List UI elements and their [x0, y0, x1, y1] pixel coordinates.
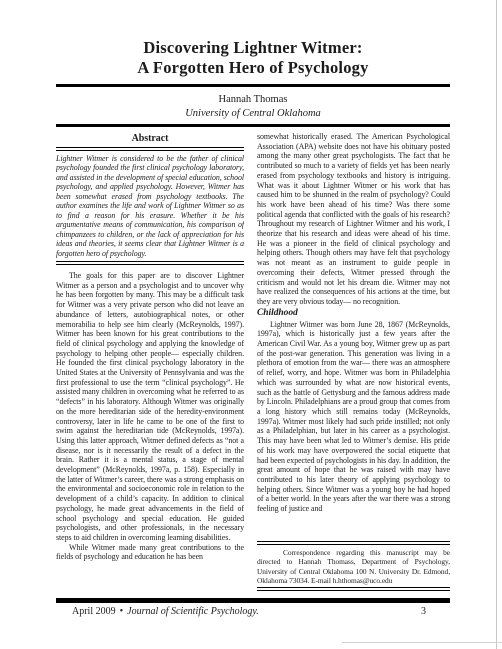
correspondence-footnote-block: Correspondence regarding this manuscript… [257, 539, 450, 594]
journal-page: Discovering Lightner Witmer: A Forgotten… [0, 0, 502, 649]
page-footer: April 2009•Journal of Scientific Psychol… [56, 598, 450, 618]
footer-bar-rule [56, 598, 450, 603]
section-heading-childhood: Childhood [257, 308, 450, 319]
author-name: Hannah Thomas [56, 94, 450, 106]
footer-journal-title: Journal of Scientific Psychology. [127, 606, 259, 617]
article-title: Discovering Lightner Witmer: A Forgotten… [56, 38, 450, 78]
footnote-top-rule [257, 541, 450, 545]
body-paragraph: While Witmer made many great contributio… [56, 543, 244, 562]
left-column: Abstract Lightner Witmer is considered t… [56, 132, 244, 594]
footer-bullet-separator: • [120, 606, 124, 617]
title-divider-rule [56, 84, 450, 87]
scan-edge-artifact-bottom [342, 642, 502, 643]
right-column: somewhat historically erased. The Americ… [257, 132, 450, 594]
abstract-bottom-rule [56, 261, 244, 265]
footer-issue-date: April 2009 [72, 606, 116, 617]
byline-divider-rule [56, 124, 450, 127]
correspondence-footnote: Correspondence regarding this manuscript… [257, 548, 450, 585]
article-title-line1: Discovering Lightner Witmer: [56, 38, 450, 58]
abstract-text: Lightner Witmer is considered to be the … [56, 154, 244, 258]
two-column-body: Abstract Lightner Witmer is considered t… [56, 132, 450, 594]
footer-issue-journal: April 2009•Journal of Scientific Psychol… [72, 606, 259, 618]
scan-edge-artifact-right [496, 0, 497, 649]
footnote-bottom-rule [257, 587, 450, 591]
abstract-top-rule [56, 147, 244, 151]
right-column-text: somewhat historically erased. The Americ… [257, 132, 450, 514]
article-title-line2: A Forgotten Hero of Psychology [56, 58, 450, 78]
author-affiliation: University of Central Oklahoma [56, 107, 450, 120]
body-paragraph: Lightner Witmer was born June 28, 1867 (… [257, 320, 450, 514]
footer-row: April 2009•Journal of Scientific Psychol… [56, 606, 450, 618]
footer-page-number: 3 [421, 606, 426, 618]
abstract-heading: Abstract [56, 132, 244, 145]
body-paragraph-continuation: somewhat historically erased. The Americ… [257, 132, 450, 307]
article-header: Discovering Lightner Witmer: A Forgotten… [56, 38, 450, 127]
body-paragraph: The goals for this paper are to discover… [56, 271, 244, 543]
